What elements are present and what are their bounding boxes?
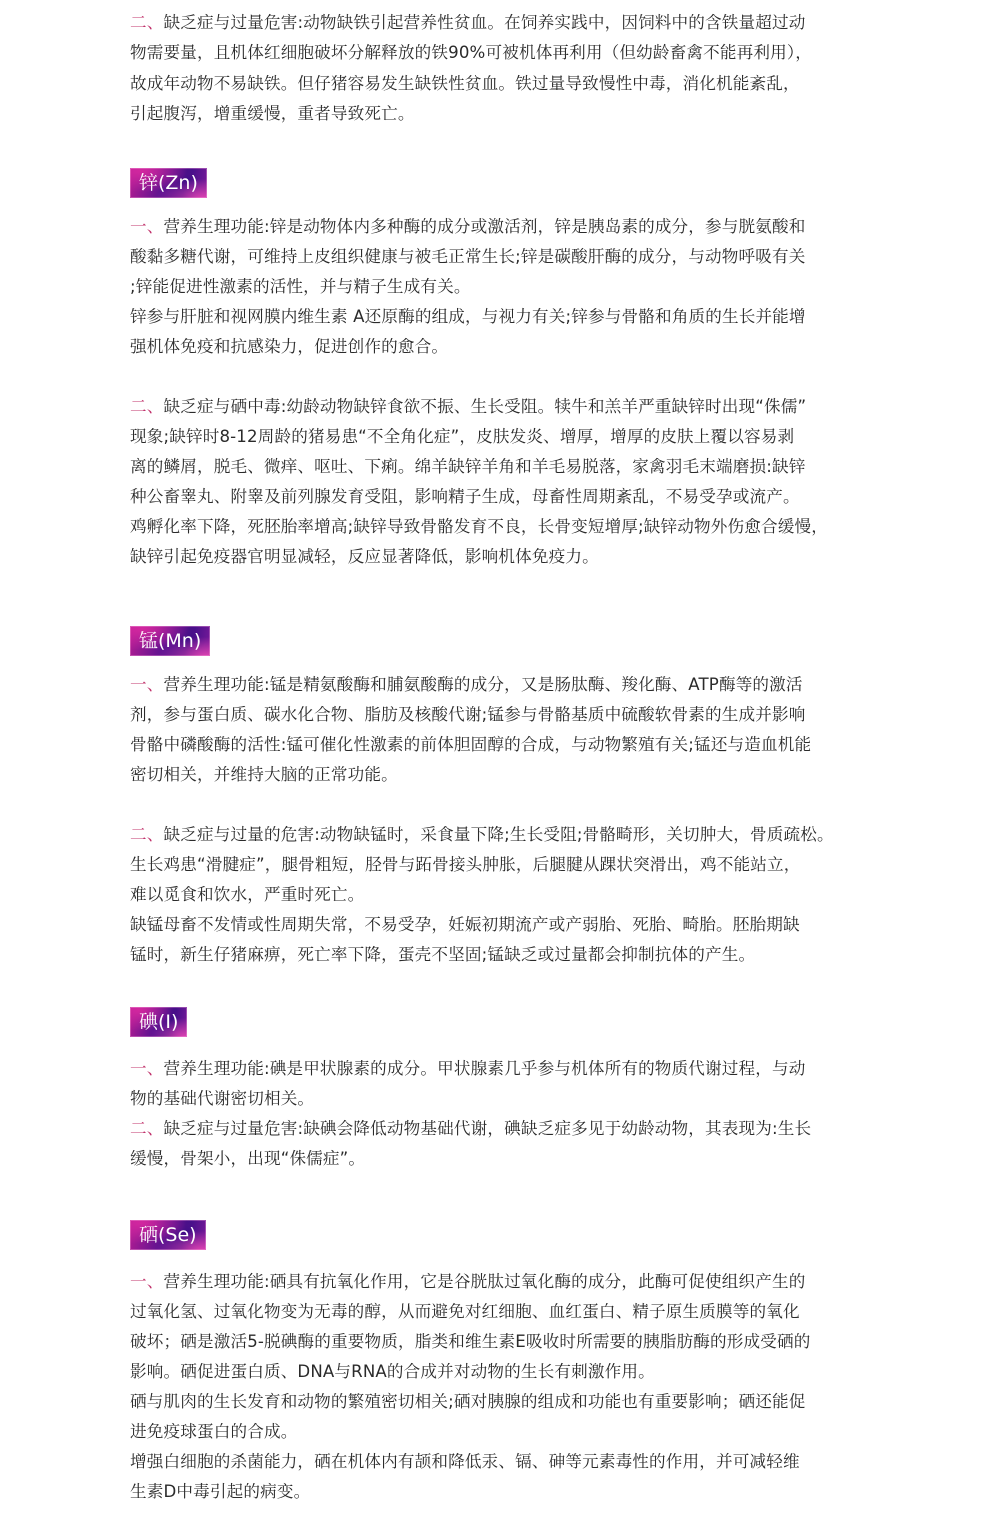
- text-line: 鸡孵化率下降，死胚胎率增高;缺锌导致骨骼发育不良，长骨变短增厚;缺锌动物外伤愈合…: [130, 512, 828, 542]
- text-line: 二、缺乏症与过量的危害:动物缺锰时，采食量下降;生长受阻;骨骼畸形，关切肿大，骨…: [130, 820, 834, 850]
- text-line: 现象;缺锌时8-12周龄的猪易患“不全角化症”，皮肤发炎、增厚，增厚的皮肤上覆以…: [130, 422, 794, 452]
- text-line: 锰时，新生仔猪麻痹，死亡率下降，蛋壳不坚固;锰缺乏或过量都会抑制抗体的产生。: [130, 940, 755, 970]
- text-line: 二、缺乏症与过量危害:动物缺铁引起营养性贫血。在饲养实践中，因饲料中的含铁量超过…: [130, 8, 806, 38]
- text-line: 引起腹泻，增重缓慢，重者导致死亡。: [130, 99, 415, 129]
- section-heading-selenium: 硒(Se): [130, 1220, 206, 1250]
- section-marker: 二、: [130, 13, 164, 32]
- text-line: 骨骼中磷酸酶的活性:锰可催化性激素的前体胆固醇的合成，与动物繁殖有关;锰还与造血…: [130, 730, 811, 760]
- text-line: 二、缺乏症与过量危害:缺碘会降低动物基础代谢，碘缺乏症多见于幼龄动物，其表现为:…: [130, 1114, 811, 1144]
- text-line: 生素D中毒引起的病变。: [130, 1477, 310, 1507]
- text-line: 一、营养生理功能:碘是甲状腺素的成分。甲状腺素几乎参与机体所有的物质代谢过程，与…: [130, 1054, 806, 1084]
- text-line: 锌参与肝脏和视网膜内维生素 A还原酶的组成，与视力有关;锌参与骨骼和角质的生长并…: [130, 302, 806, 332]
- text-line: 难以觅食和饮水，严重时死亡。: [130, 880, 364, 910]
- text-line: 一、营养生理功能:锌是动物体内多种酶的成分或激活剂，锌是胰岛素的成分，参与胱氨酸…: [130, 212, 806, 242]
- text-line: 密切相关，并维持大脑的正常功能。: [130, 760, 398, 790]
- text-line: 缺锰母畜不发情或性周期失常，不易受孕，妊娠初期流产或产弱胎、死胎、畸胎。胚胎期缺: [130, 910, 800, 940]
- section-marker: 二、: [130, 397, 164, 416]
- text-line: 硒与肌肉的生长发育和动物的繁殖密切相关;硒对胰腺的组成和功能也有重要影响；硒还能…: [130, 1387, 806, 1417]
- section-heading-zinc: 锌(Zn): [130, 168, 207, 198]
- text-line: 二、缺乏症与硒中毒:幼龄动物缺锌食欲不振、生长受阻。犊牛和羔羊严重缺锌时出现“侏…: [130, 392, 806, 422]
- text-line: 缺锌引起免疫器官明显减轻，反应显著降低，影响机体免疫力。: [130, 542, 599, 572]
- text-line: 影响。硒促进蛋白质、DNA与RNA的合成并对动物的生长有刺激作用。: [130, 1357, 655, 1387]
- text-line: 一、营养生理功能:锰是精氨酸酶和脯氨酸酶的成分，又是肠肽酶、羧化酶、ATP酶等的…: [130, 670, 803, 700]
- text-line: 剂，参与蛋白质、碳水化合物、脂肪及核酸代谢;锰参与骨骼基质中硫酸软骨素的生成并影…: [130, 700, 806, 730]
- text-line: 缓慢，骨架小，出现“侏儒症”。: [130, 1144, 365, 1174]
- section-marker: 二、: [130, 1119, 164, 1138]
- text-line: 强机体免疫和抗感染力，促进创作的愈合。: [130, 332, 448, 362]
- text-line: 生长鸡患“滑腱症”，腿骨粗短，胫骨与跖骨接头肿胀，后腿腱从踝状突滑出，鸡不能站立…: [130, 850, 801, 880]
- text-line: 进免疫球蛋白的合成。: [130, 1417, 297, 1447]
- section-heading-iodine: 碘(I): [130, 1007, 187, 1037]
- section-heading-manganese: 锰(Mn): [130, 626, 210, 656]
- section-marker: 一、: [130, 675, 164, 694]
- text-line: 一、营养生理功能:硒具有抗氧化作用，它是谷胱肽过氧化酶的成分，此酶可促使组织产生…: [130, 1267, 806, 1297]
- text-line: 物的基础代谢密切相关。: [130, 1084, 314, 1114]
- text-line: 破坏；硒是激活5-脱碘酶的重要物质，脂类和维生素E吸收时所需要的胰脂肪酶的形成受…: [130, 1327, 810, 1357]
- text-line: 离的鳞屑，脱毛、微痒、呕吐、下痢。绵羊缺锌羊角和羊毛易脱落，家禽羽毛末端磨损:缺…: [130, 452, 806, 482]
- text-line: 增强白细胞的杀菌能力，硒在机体内有颉和降低汞、镉、砷等元素毒性的作用，并可减轻维: [130, 1447, 800, 1477]
- text-line: 过氧化氢、过氧化物变为无毒的醇，从而避免对红细胞、血红蛋白、精子原生质膜等的氧化: [130, 1297, 800, 1327]
- text-line: ;锌能促进性激素的活性，并与精子生成有关。: [130, 272, 471, 302]
- section-marker: 一、: [130, 1272, 164, 1291]
- section-marker: 一、: [130, 1059, 164, 1078]
- text-line: 物需要量，且机体红细胞破坏分解释放的铁90%可被机体再利用（但幼龄畜禽不能再利用…: [130, 38, 812, 68]
- section-marker: 一、: [130, 217, 164, 236]
- text-line: 酸黏多糖代谢，可维持上皮组织健康与被毛正常生长;锌是碳酸肝酶的成分，与动物呼吸有…: [130, 242, 806, 272]
- section-marker: 二、: [130, 825, 164, 844]
- text-line: 故成年动物不易缺铁。但仔猪容易发生缺铁性贫血。铁过量导致慢性中毒，消化机能紊乱，: [130, 69, 800, 99]
- text-line: 种公畜睾丸、附睾及前列腺发育受阻，影响精子生成，母畜性周期紊乱，不易受孕或流产。: [130, 482, 800, 512]
